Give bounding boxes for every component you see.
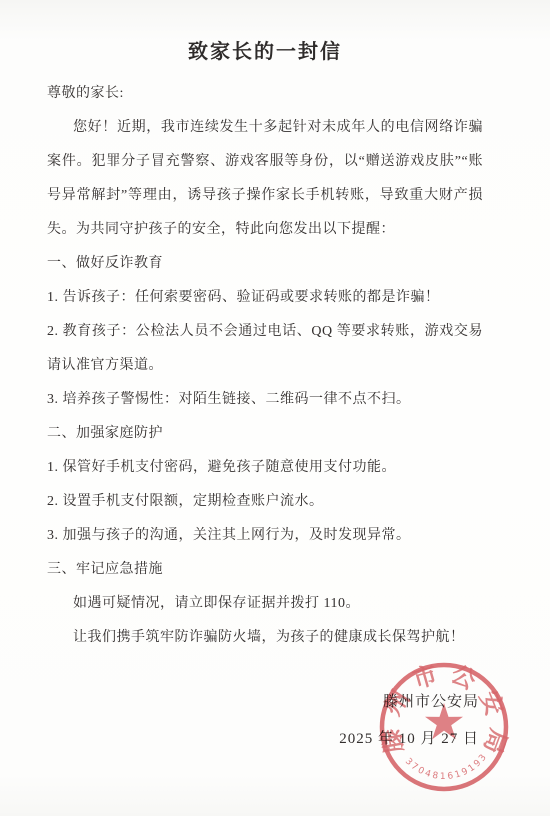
greeting-line: 尊敬的家长: — [47, 77, 483, 111]
body-line: 二、加强家庭防护 — [47, 417, 483, 451]
official-seal: 滕州市公安局 3704816191939 — [376, 659, 512, 795]
letter-content: 致家长的一封信 尊敬的家长: 您好！近期，我市连续发生十多起针对未成年人的电信网… — [0, 0, 550, 756]
body-line: 一、做好反诈教育 — [47, 247, 483, 281]
body-line: 号异常解封”等理由，诱导孩子操作家长手机转账，导致重大财产损 — [47, 179, 483, 213]
body-line: 2. 设置手机支付限额，定期检查账户流水。 — [47, 485, 483, 519]
body-line: 失。为共同守护孩子的安全，特此向您发出以下提醒： — [47, 213, 483, 247]
body-lines: 您好！近期，我市连续发生十多起针对未成年人的电信网络诈骗案件。犯罪分子冒充警察、… — [47, 111, 483, 655]
seal-star-icon — [425, 703, 463, 739]
letter-title: 致家长的一封信 — [47, 38, 483, 66]
body-line: 如遇可疑情况，请立即保存证据并拨打 110。 — [47, 587, 483, 621]
body-line: 3. 培养孩子警惕性：对陌生链接、二维码一律不点不扫。 — [47, 383, 483, 417]
body-line: 三、牢记应急措施 — [47, 553, 483, 587]
body-line: 案件。犯罪分子冒充警察、游戏客服等身份，以“赠送游戏皮肤”“账 — [47, 145, 483, 179]
body-line: 请认准官方渠道。 — [47, 349, 483, 383]
body-line: 3. 加强与孩子的沟通，关注其上网行为，及时发现异常。 — [47, 519, 483, 553]
body-line: 让我们携手筑牢防诈骗防火墙，为孩子的健康成长保驾护航！ — [47, 621, 483, 655]
body-line: 1. 保管好手机支付密码，避免孩子随意使用支付功能。 — [47, 451, 483, 485]
body-line: 您好！近期，我市连续发生十多起针对未成年人的电信网络诈骗 — [47, 111, 483, 145]
body-line: 1. 告诉孩子：任何索要密码、验证码或要求转账的都是诈骗！ — [47, 281, 483, 315]
body-line: 2. 教育孩子：公检法人员不会通过电话、QQ 等要求转账，游戏交易 — [47, 315, 483, 349]
